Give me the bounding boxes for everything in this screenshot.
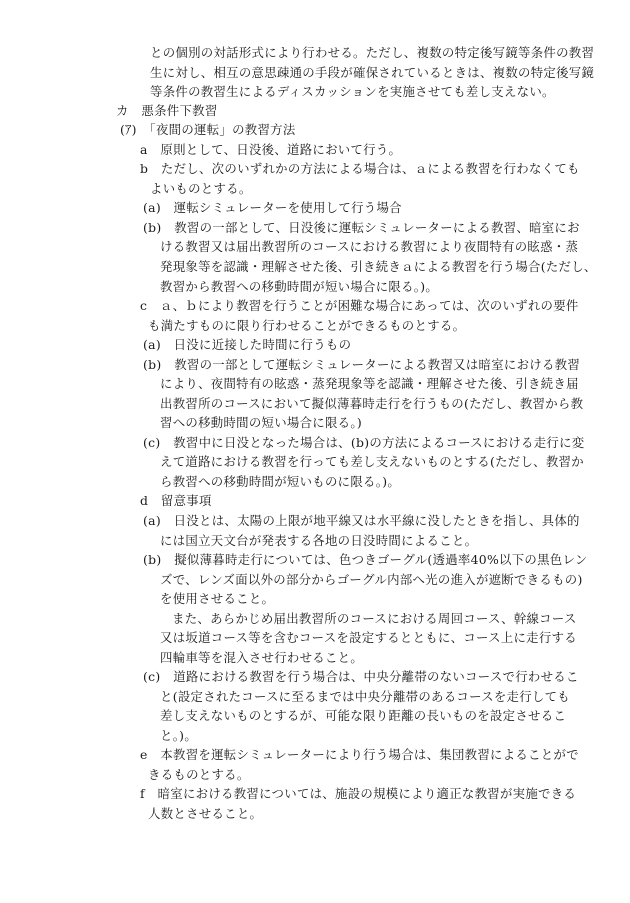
text-line: (a) 運転シミュレーターを使用して行う場合: [143, 200, 402, 216]
text-line: には国立天文台が発表する各地の日没時間によること。: [160, 533, 477, 549]
text-line: 発現象等を認識・理解させた後、引き続きａによる教習を行う場合(ただし、: [160, 259, 597, 275]
text-line: a 原則として、日没後、道路において行う。: [140, 142, 401, 158]
document-page: との個別の対話形式により行わせる。ただし、複数の特定後写鏡等条件の教習生に対し、…: [0, 0, 630, 903]
text-line: により、夜間特有の眩惑・蒸発現象等を認識・理解させた後、引き続き届: [160, 376, 579, 392]
text-line: (a) 日没とは、太陽の上限が地平線又は水平線に没したときを指し、具体的: [143, 513, 580, 529]
text-line: e 本教習を運転シミュレーターにより行う場合は、集団教習によることがで: [140, 747, 579, 763]
text-line: 差し支えないものとするが、可能な限り距離の長いものを設定させるこ: [160, 708, 566, 724]
text-line: も満たすものに限り行わせることができるものとする。: [148, 318, 465, 334]
text-line: 教習から教習への移動時間が短い場合に限る。)。: [160, 279, 438, 295]
text-line: ら教習への移動時間が短いものに限る。)。: [160, 474, 400, 490]
text-line: (c) 道路における教習を行う場合は、中央分離帯のないコースで行わせるこ: [143, 669, 579, 685]
text-line: を使用させること。: [160, 591, 274, 607]
text-line: 生に対し、相互の意思疎通の手段が確保されているときは、複数の特定後写鏡: [150, 65, 594, 81]
text-line: 人数とさせること。: [148, 806, 262, 822]
text-line: (b) 教習の一部として運転シミュレーターによる教習又は暗室における教習: [143, 357, 580, 373]
text-line: との個別の対話形式により行わせる。ただし、複数の特定後写鏡等条件の教習: [150, 45, 594, 61]
text-line: えて道路における教習を行っても差し支えないものとする(ただし、教習か: [160, 454, 584, 470]
text-line: (b) 教習の一部として、日没後に運転シミュレーターによる教習、暗室にお: [143, 220, 580, 236]
text-line: と(設定されたコースに至るまでは中央分離帯のあるコースを走行しても: [160, 689, 570, 705]
text-line: カ 悪条件下教習: [116, 103, 218, 119]
text-line: きるものとする。: [148, 767, 250, 783]
text-line: (c) 教習中に日没となった場合は、(b)の方法によるコースにおける走行に変: [143, 435, 585, 451]
text-line: (ｱ) 「夜間の運転」の教習方法: [120, 122, 296, 138]
text-line: (a) 日没に近接した時間に行うもの: [143, 337, 351, 353]
text-line: f 暗室における教習については、施設の規模により適正な教習が実施できる: [140, 786, 576, 802]
text-line: ズで、レンズ面以外の部分からゴーグル内部へ光の進入が遮断できるもの): [160, 572, 583, 588]
text-line: 四輪車等を混入させ行わせること。: [160, 650, 363, 666]
text-line: よいものとする。: [150, 181, 252, 197]
text-line: 等条件の教習生によるディスカッションを実施させても差し支えない。: [150, 84, 555, 100]
text-line: (b) 擬似薄暮時走行については、色つきゴーグル(透過率40%以下の黒色レン: [143, 552, 588, 568]
text-line: 出教習所のコースにおいて擬似薄暮時走行を行うもの(ただし、教習から教: [160, 396, 583, 412]
text-line: また、あらかじめ届出教習所のコースにおける周回コース、幹線コース: [172, 611, 577, 627]
text-line: b ただし、次のいずれかの方法による場合は、ａによる教習を行わなくても: [140, 161, 580, 177]
text-line: 習への移動時間の短い場合に限る。): [160, 415, 362, 431]
text-line: d 留意事項: [140, 493, 212, 509]
text-line: と。)。: [160, 728, 197, 744]
text-line: c ａ、ｂにより教習を行うことが困難な場合にあっては、次のいずれの要件: [140, 298, 579, 314]
text-line: 又は坂道コース等を含むコースを設定するとともに、コース上に走行する: [160, 630, 577, 646]
text-line: ける教習又は届出教習所のコースにおける教習により夜間特有の眩惑・蒸: [160, 239, 578, 255]
